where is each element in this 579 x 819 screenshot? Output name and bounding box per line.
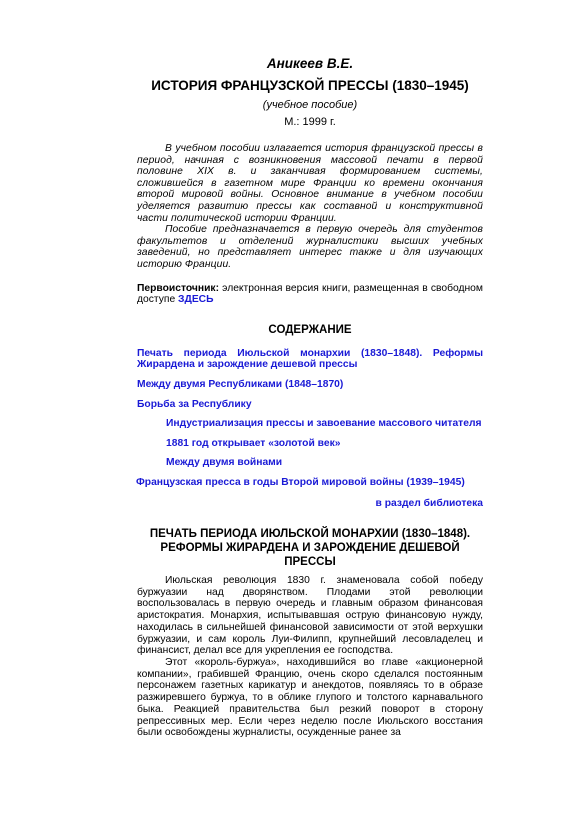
toc-item-ww2[interactable]: Французская пресса в годы Второй мировой… <box>136 477 484 489</box>
section-heading: ПЕЧАТЬ ПЕРИОДА ИЮЛЬСКОЙ МОНАРХИИ (1830–1… <box>137 527 483 569</box>
abstract: В учебном пособии излагается история фра… <box>137 143 483 271</box>
book-imprint: М.: 1999 г. <box>137 116 483 129</box>
section-body: Июльская революция 1830 г. знаменовала с… <box>137 575 483 739</box>
section-heading-line: ПРЕССЫ <box>137 555 483 569</box>
toc-heading: СОДЕРЖАНИЕ <box>137 323 483 337</box>
toc-item-golden-age[interactable]: 1881 год открывает «золотой век» <box>166 438 483 450</box>
section-heading-line: ПЕЧАТЬ ПЕРИОДА ИЮЛЬСКОЙ МОНАРХИИ (1830–1… <box>137 527 483 541</box>
toc-item-struggle-for-republic[interactable]: Борьба за Республику <box>137 399 483 411</box>
source-note: Первоисточник: электронная версия книги,… <box>137 283 483 306</box>
source-link[interactable]: ЗДЕСЬ <box>178 294 214 305</box>
author-name: Аникеев В.Е. <box>137 56 483 72</box>
abstract-paragraph: Пособие предназначается в первую очередь… <box>137 224 483 270</box>
book-subtitle: (учебное пособие) <box>137 99 483 112</box>
body-paragraph: Этот «король-буржуа», находившийся во гл… <box>137 657 483 739</box>
source-label: Первоисточник: <box>137 283 219 294</box>
book-title: ИСТОРИЯ ФРАНЦУЗСКОЙ ПРЕССЫ (1830–1945) <box>127 78 493 94</box>
toc-item-between-wars[interactable]: Между двумя войнами <box>166 457 483 469</box>
toc-item-industrialization[interactable]: Индустриализация прессы и завоевание мас… <box>166 418 483 430</box>
table-of-contents: Печать периода Июльской монархии (1830–1… <box>137 348 483 489</box>
library-section-link[interactable]: в раздел библиотека <box>137 498 483 510</box>
body-paragraph: Июльская революция 1830 г. знаменовала с… <box>137 575 483 657</box>
document-page: Аникеев В.Е. ИСТОРИЯ ФРАНЦУЗСКОЙ ПРЕССЫ … <box>137 56 483 739</box>
abstract-paragraph: В учебном пособии излагается история фра… <box>137 143 483 224</box>
toc-item-july-monarchy[interactable]: Печать периода Июльской монархии (1830–1… <box>137 348 483 371</box>
toc-item-between-republics[interactable]: Между двумя Республиками (1848–1870) <box>137 379 483 391</box>
section-heading-line: РЕФОРМЫ ЖИРАРДЕНА И ЗАРОЖДЕНИЕ ДЕШЕВОЙ <box>137 541 483 555</box>
